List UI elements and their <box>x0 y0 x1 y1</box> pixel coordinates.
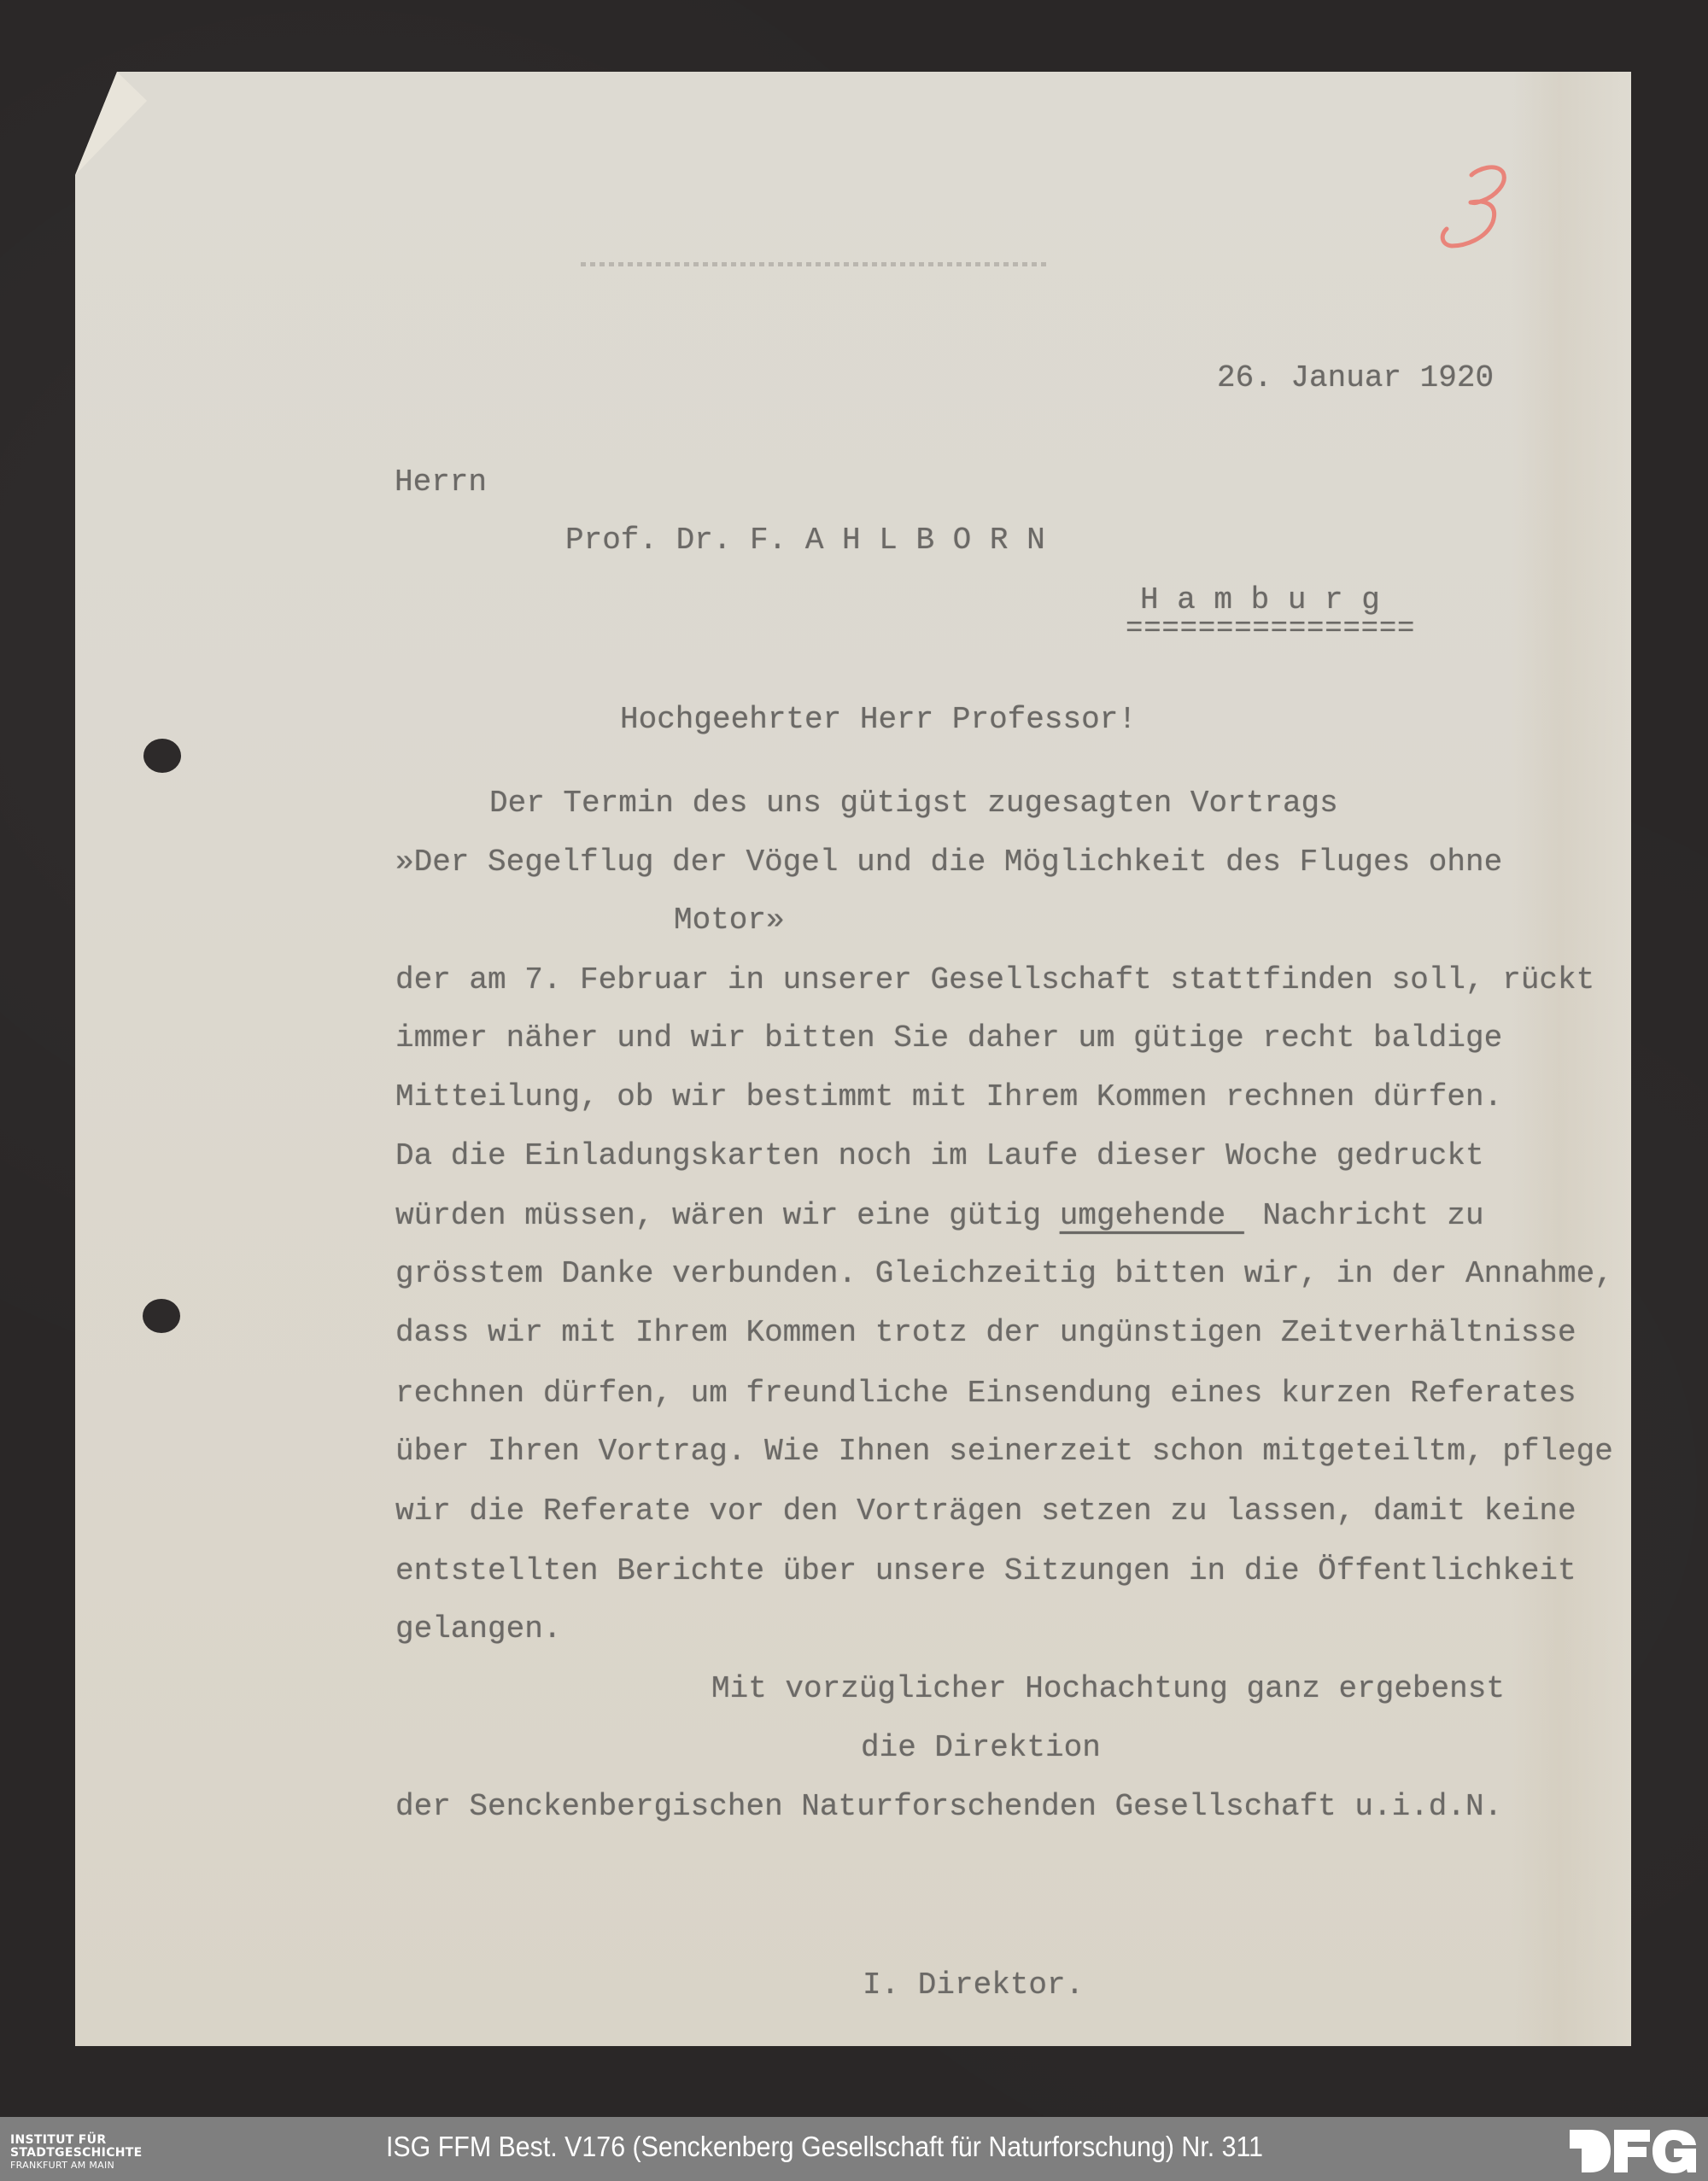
body-line: Motor» <box>674 903 785 938</box>
punch-hole-bottom <box>143 1299 180 1333</box>
signatory-title: I. Direktor. <box>863 1968 1084 2003</box>
institute-logo: INSTITUT FÜR STADTGESCHICHTE FRANKFURT A… <box>10 2134 143 2171</box>
signatory-body: die Direktion <box>861 1731 1101 1765</box>
body-line: der am 7. Februar in unserer Gesellschaf… <box>395 963 1594 997</box>
signatory-organization: der Senckenbergischen Naturforschenden G… <box>395 1790 1502 1824</box>
folio-number-3-handwritten: 3 <box>1418 137 1520 256</box>
underlined-word: umgehende <box>1060 1198 1244 1233</box>
institute-logo-line3: FRANKFURT AM MAIN <box>10 2160 143 2171</box>
greeting: Hochgeehrter Herr Professor! <box>620 703 1137 737</box>
recipient-city-underline: ================ <box>1126 612 1415 646</box>
body-line: Mitteilung, ob wir bestimmt mit Ihrem Ko… <box>395 1080 1502 1114</box>
body-line: Da die Einladungskarten noch im Laufe di… <box>395 1139 1484 1173</box>
body-line: rechnen dürfen, um freundliche Einsendun… <box>395 1377 1576 1411</box>
institute-logo-line1: INSTITUT FÜR <box>10 2134 143 2147</box>
recipient-name: Prof. Dr. F. A H L B O R N <box>565 523 1045 558</box>
body-line: immer näher und wir bitten Sie daher um … <box>395 1021 1502 1055</box>
body-line-with-underline: würden müssen, wären wir eine gütig umge… <box>395 1199 1484 1233</box>
body-line-head: würden müssen, wären wir eine gütig <box>395 1198 1060 1233</box>
letterhead-bleed-through <box>581 262 1050 266</box>
body-line: entstellten Berichte über unsere Sitzung… <box>395 1554 1576 1588</box>
dfg-logo-icon: DFG <box>1568 2128 1698 2174</box>
letter-date: 26. Januar 1920 <box>1217 361 1494 395</box>
body-line: gelangen. <box>395 1612 561 1646</box>
body-line: Der Termin des uns gütigst zugesagten Vo… <box>489 786 1338 821</box>
institute-logo-line2: STADTGESCHICHTE <box>10 2147 143 2160</box>
archive-reference-caption: ISG FFM Best. V176 (Senckenberg Gesellsc… <box>386 2130 1263 2164</box>
body-line: dass wir mit Ihrem Kommen trotz der ungü… <box>395 1316 1576 1350</box>
punch-hole-top <box>143 739 181 773</box>
body-line: über Ihren Vortrag. Wie Ihnen seinerzeit… <box>395 1435 1613 1469</box>
closing-formula: Mit vorzüglicher Hochachtung ganz ergebe… <box>711 1672 1505 1706</box>
body-line: wir die Referate vor den Vorträgen setze… <box>395 1494 1576 1529</box>
recipient-salutation: Herrn <box>395 465 487 500</box>
body-line-tail: Nachricht zu <box>1244 1198 1484 1233</box>
body-line: grösstem Danke verbunden. Gleichzeitig b… <box>395 1257 1613 1291</box>
body-line: »Der Segelflug der Vögel und die Möglich… <box>395 845 1502 880</box>
